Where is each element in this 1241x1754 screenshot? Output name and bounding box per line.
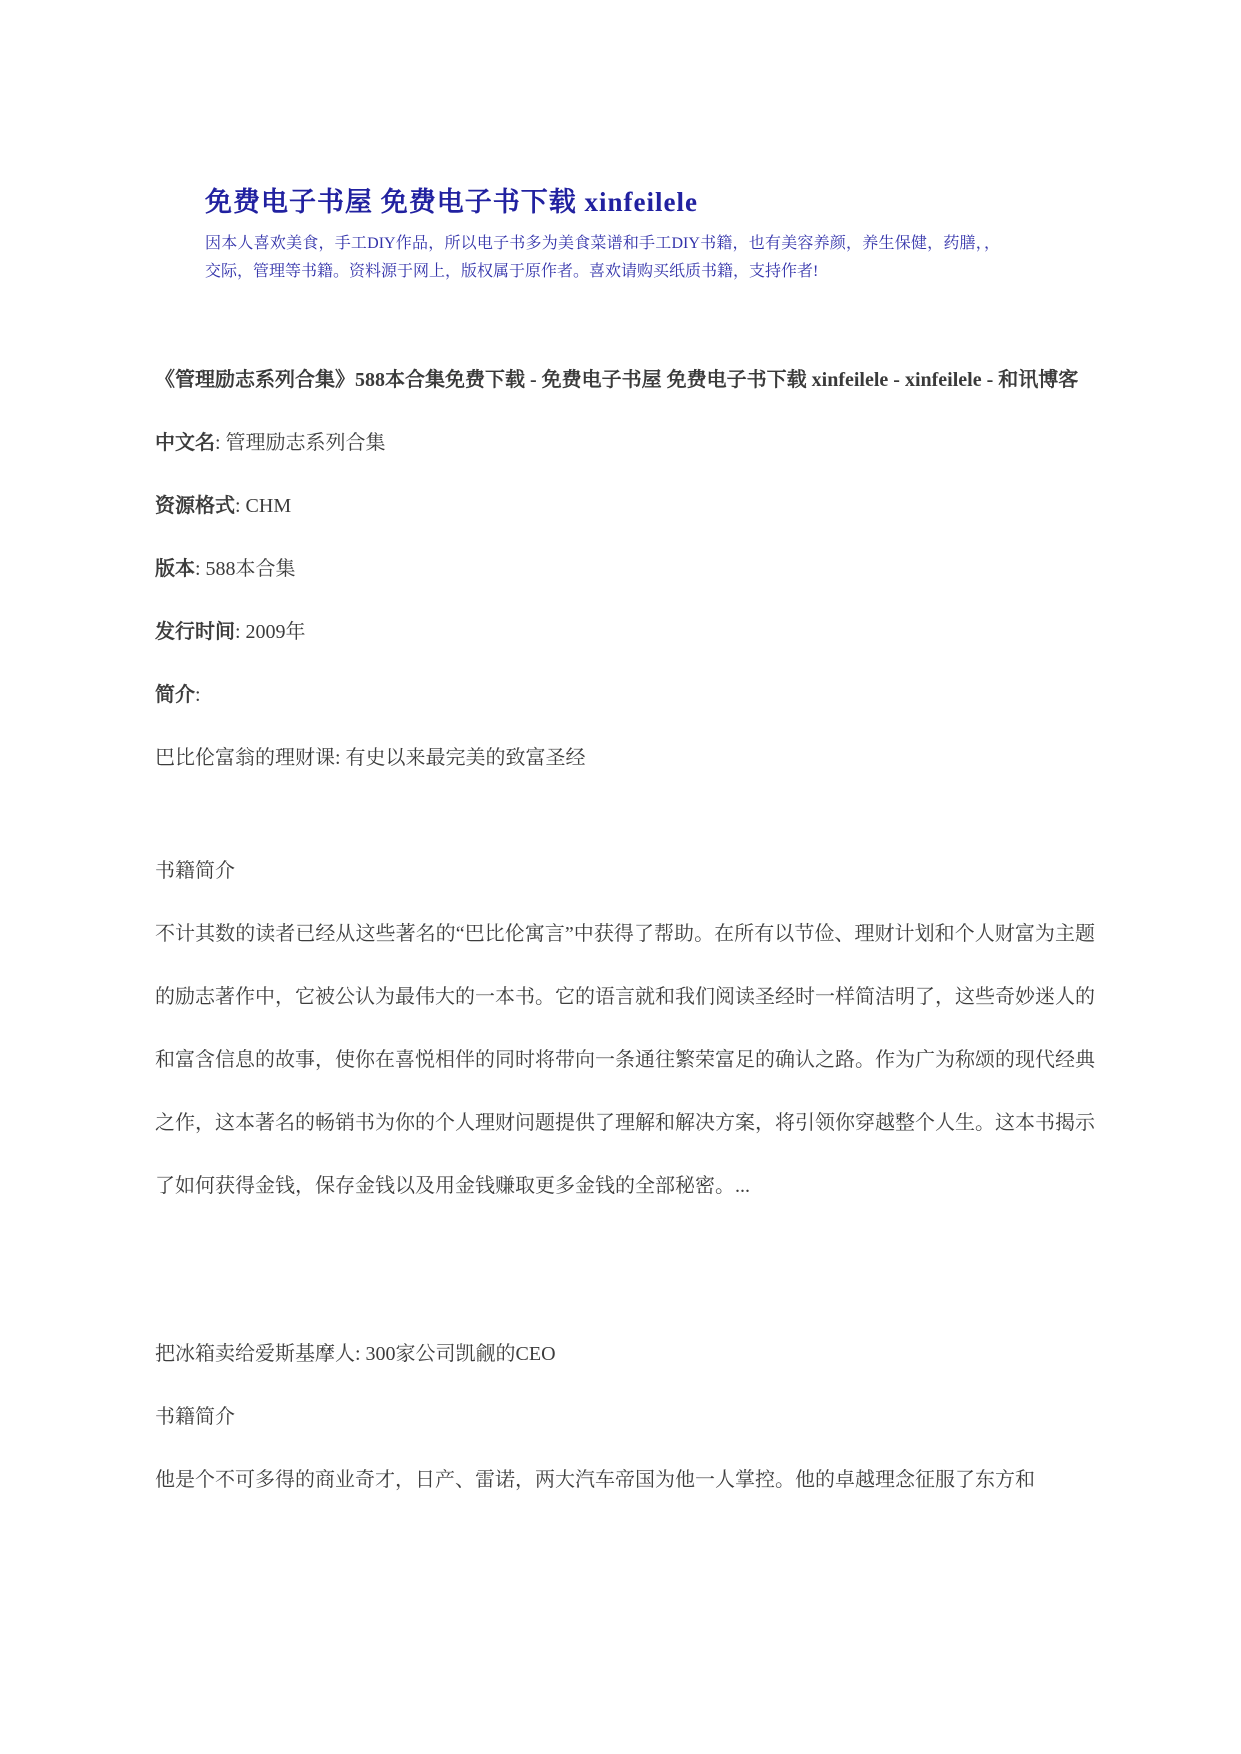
meta-value: : 管理励志系列合集 xyxy=(215,432,386,454)
book1-section-label: 书籍简介 xyxy=(155,840,1095,903)
meta-label: 中文名 xyxy=(155,432,215,454)
meta-line-intro: 简介: xyxy=(155,664,1095,727)
meta-line-resource-format: 资源格式: CHM xyxy=(155,475,1095,538)
blog-title: 免费电子书屋 免费电子书下载 xinfeilele xyxy=(205,186,1005,218)
meta-line-release-date: 发行时间: 2009年 xyxy=(155,601,1095,664)
blog-header: 免费电子书屋 免费电子书下载 xinfeilele 因本人喜欢美食，手工DIY作… xyxy=(205,186,1005,286)
meta-value: : CHM xyxy=(235,495,291,517)
book1-title: 巴比伦富翁的理财课: 有史以来最完美的致富圣经 xyxy=(155,727,1095,790)
meta-value: : 588本合集 xyxy=(195,558,296,580)
article-title: 《管理励志系列合集》588本合集免费下载 - 免费电子书屋 免费电子书下载 xi… xyxy=(155,349,1095,412)
meta-value: : 2009年 xyxy=(235,621,306,643)
meta-label: 简介 xyxy=(155,684,195,706)
meta-label: 版本 xyxy=(155,558,195,580)
book1-description: 不计其数的读者已经从这些著名的“巴比伦寓言”中获得了帮助。在所有以节俭、理财计划… xyxy=(155,903,1095,1218)
meta-line-version: 版本: 588本合集 xyxy=(155,538,1095,601)
book2-title: 把冰箱卖给爱斯基摩人: 300家公司凯觎的CEO xyxy=(155,1323,1095,1386)
book2-section-label: 书籍简介 xyxy=(155,1386,1095,1449)
meta-line-chinese-name: 中文名: 管理励志系列合集 xyxy=(155,412,1095,475)
article-body: 《管理励志系列合集》588本合集免费下载 - 免费电子书屋 免费电子书下载 xi… xyxy=(155,349,1095,1512)
meta-value: : xyxy=(195,684,201,706)
meta-label: 资源格式 xyxy=(155,495,235,517)
blog-subtitle: 因本人喜欢美食，手工DIY作品，所以电子书多为美食菜谱和手工DIY书籍，也有美容… xyxy=(205,230,1000,286)
meta-label: 发行时间 xyxy=(155,621,235,643)
document-page: 免费电子书屋 免费电子书下载 xinfeilele 因本人喜欢美食，手工DIY作… xyxy=(0,0,1241,1754)
book2-description: 他是个不可多得的商业奇才，日产、雷诺，两大汽车帝国为他一人掌控。他的卓越理念征服… xyxy=(155,1449,1095,1512)
